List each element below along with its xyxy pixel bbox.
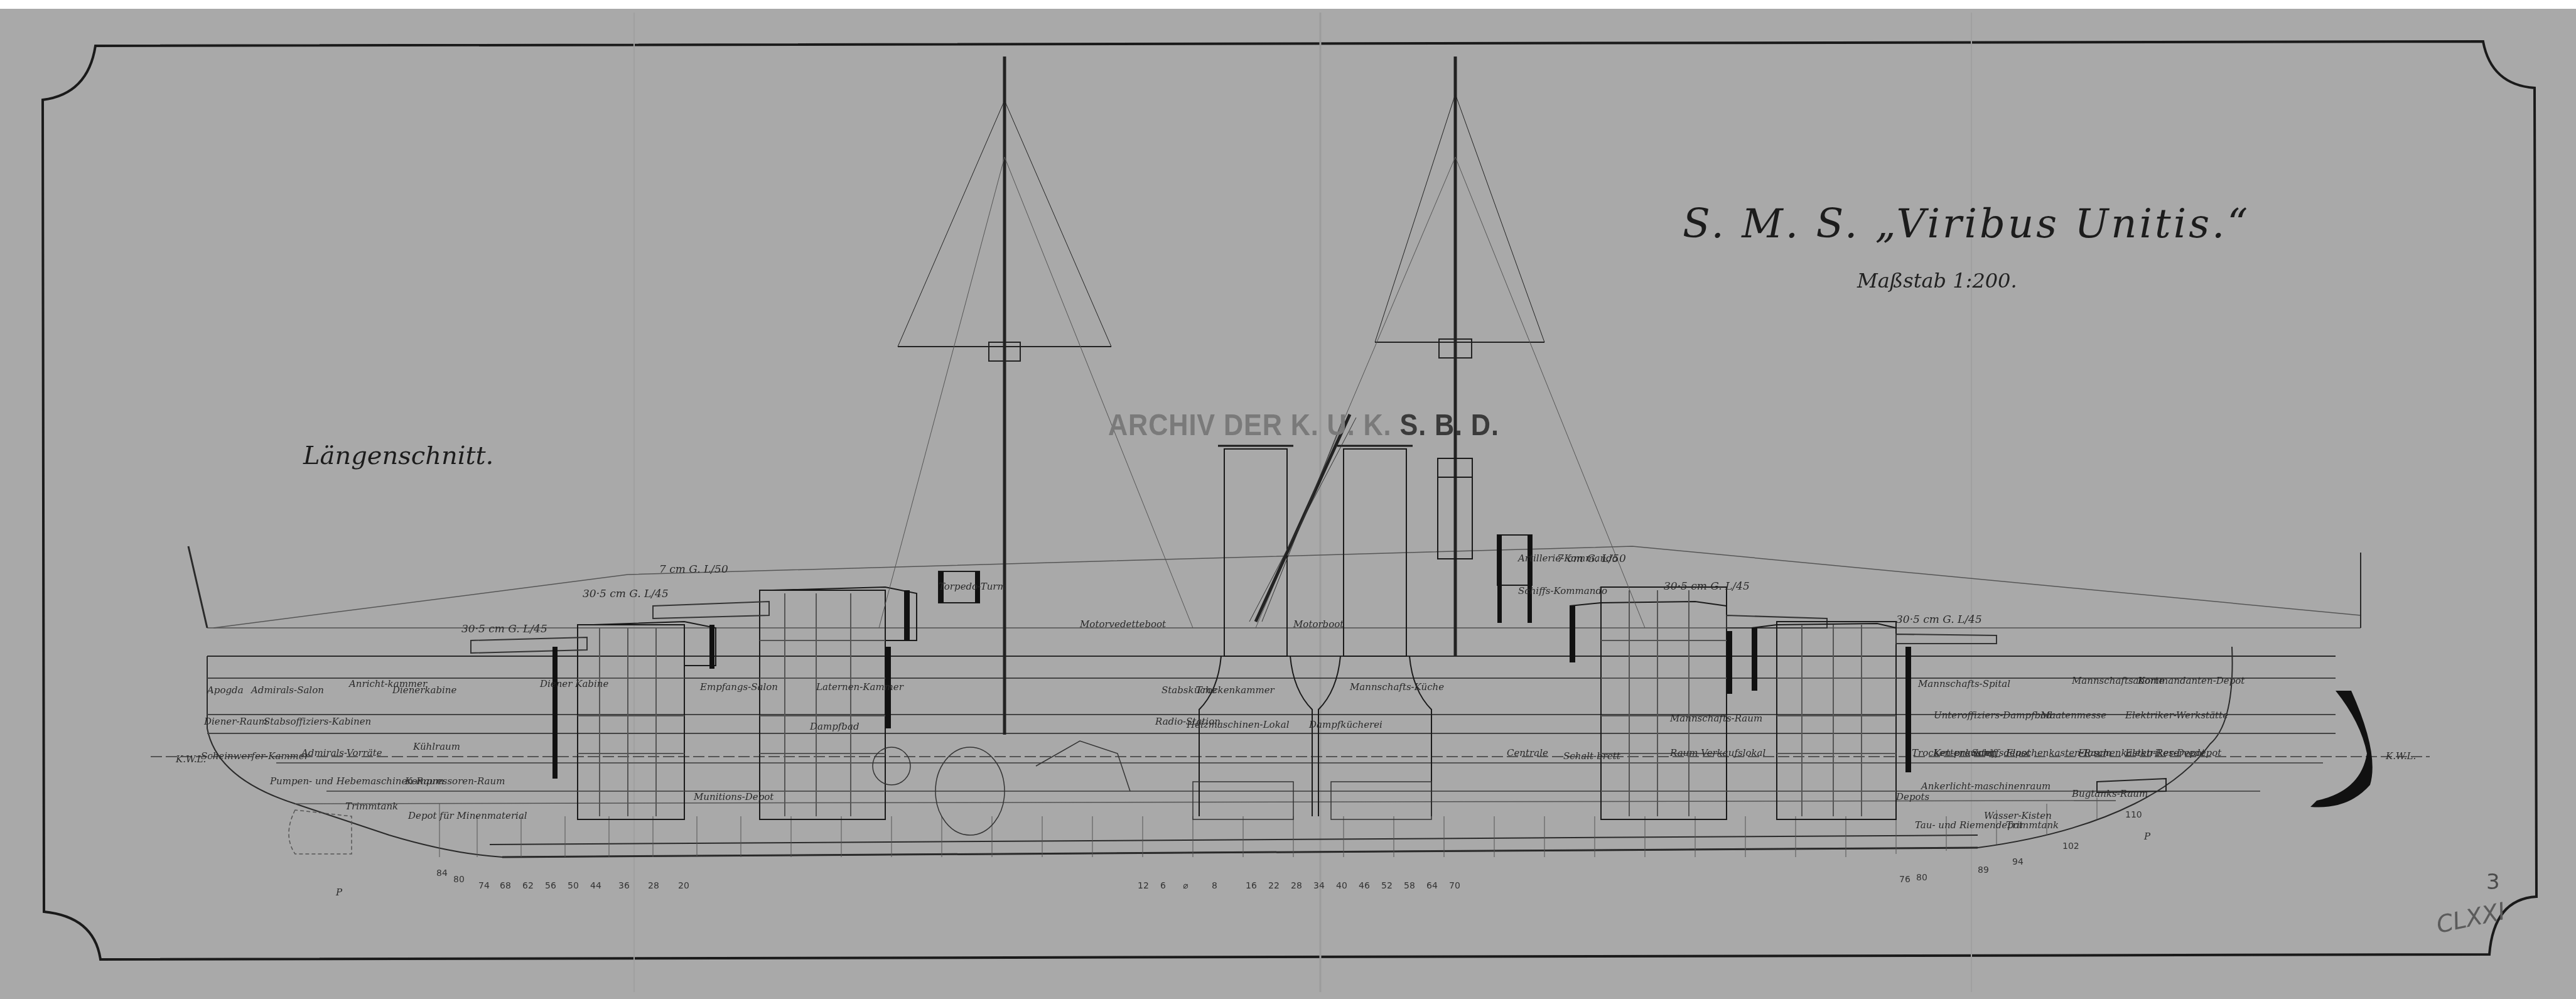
compartment-label: Trimmtank (2006, 819, 2059, 831)
archive-stamp-dark: S. B. D. (1399, 409, 1499, 442)
compartment-label: Centrale (1507, 747, 1548, 759)
frame-number: 20 (678, 881, 689, 891)
compartment-label: Diener Kabine (540, 678, 608, 689)
drawing-marker: K.W.L. (2386, 750, 2416, 762)
drawing-scale: Maßstab 1:200. (1857, 269, 2017, 293)
frame-number: 12 (1138, 881, 1149, 891)
frame-number: 44 (590, 881, 601, 891)
compartment-label: Dampfbad (810, 721, 860, 732)
turret-aft-2 (653, 587, 917, 819)
frame-number: 89 (1978, 865, 1989, 875)
frame-number: 68 (500, 881, 511, 891)
frame-number: 56 (545, 881, 556, 891)
compartment-label: Kühlraum (413, 741, 460, 752)
compartment-label: Motorboot (1293, 618, 1344, 630)
compartment-label: Munitions-Depot (694, 791, 773, 802)
compartment-label: Empfangs-Salon (700, 681, 778, 693)
drawing-title: S. M. S. „Viribus Unitis.“ (1683, 201, 2250, 247)
compartment-label: Maatenmesse (2040, 710, 2106, 721)
archive-stamp-light: ARCHIV DER K. U. K. (1108, 409, 1399, 442)
frame-number: 28 (1291, 881, 1302, 891)
compartment-label: Diener-Raum (204, 716, 267, 727)
drawing-marker: P (336, 887, 342, 898)
frame-number: 70 (1449, 881, 1460, 891)
compartment-label: Laternen-Kammer (816, 681, 903, 693)
drawing-marker: K.W.L. (176, 753, 206, 765)
compartment-label: Dienerkabine (392, 684, 456, 696)
compartment-label: Kompressoren-Raum (405, 775, 505, 787)
gun-label: 30·5 cm G. L/45 (1896, 613, 1982, 626)
compartment-label: Elektriker-Werkstätte (2125, 710, 2228, 721)
sheet-number: 3 (2486, 870, 2500, 895)
ship-section-drawing (0, 0, 2576, 999)
compartment-label: Apogda (207, 684, 244, 696)
frame-number: 40 (1336, 881, 1347, 891)
gun-label: 7 cm G. L/50 (659, 563, 728, 576)
gun-label: 30·5 cm G. L/45 (461, 623, 547, 635)
compartment-label: Heizmaschinen-Lokal (1187, 719, 1289, 730)
frame-number: 36 (618, 881, 630, 891)
funnels (1199, 446, 1431, 816)
turret-aft-1 (471, 622, 716, 819)
compartment-label: Stabsoffiziers-Kabinen (264, 716, 371, 727)
frame-number: 6 (1160, 881, 1166, 891)
archive-stamp: ARCHIV DER K. U. K. S. B. D. (1108, 408, 1499, 443)
compartment-label: Raum Verkaufslokal (1670, 747, 1765, 759)
compartment-label: Mannschafts-Küche (1350, 681, 1444, 693)
frame-number: 8 (1212, 881, 1217, 891)
frame-number: 34 (1313, 881, 1325, 891)
gun-label: 30·5 cm G. L/45 (583, 588, 669, 600)
compartment-label: Motorvedetteboot (1080, 618, 1166, 630)
frame-number: ⌀ (1183, 881, 1188, 891)
compartment-label: Admirals-Salon (251, 684, 324, 696)
frame-number: 80 (453, 875, 465, 885)
frame-number: 76 (1899, 875, 1910, 885)
frame-number: 28 (648, 881, 659, 891)
compartment-label: Depot für Minenmaterial (408, 810, 527, 821)
frame-number: 22 (1268, 881, 1280, 891)
compartment-label: Elektriker-Depot (2125, 747, 2205, 759)
compartment-label: Mannschafts-Spital (1918, 678, 2010, 689)
frame-number: 64 (1426, 881, 1438, 891)
compartment-label: Torpedo-Turm (939, 581, 1006, 592)
compartment-label: Ankerlicht-maschinenraum (1921, 780, 2051, 792)
compartment-label: Artillerie-Kommando (1518, 553, 1618, 564)
compartment-label: Scheinwerfer-Kammer (201, 750, 309, 762)
compartment-label: Schiffs-Kommando (1518, 585, 1607, 597)
frame-number: 58 (1404, 881, 1415, 891)
compartment-label: Trockenkammer (1196, 684, 1275, 696)
compartment-label: Kommandanten-Depot (2138, 675, 2245, 686)
frame-number: 50 (568, 881, 579, 891)
frame-number: 84 (436, 868, 448, 878)
masts (879, 57, 1645, 735)
frame-number: 94 (2012, 857, 2024, 867)
frame-number: 62 (522, 881, 534, 891)
view-label: Längenschnitt. (303, 441, 493, 470)
compartment-label: Trimmtank (345, 801, 398, 812)
compartment-label: Schalt-brett (1563, 750, 1620, 762)
frame-number: 52 (1381, 881, 1393, 891)
drawing-marker: P (2144, 831, 2150, 842)
frame-number: 46 (1359, 881, 1370, 891)
frame-number: 110 (2125, 810, 2142, 820)
compartment-label: Mannschafts-Raum (1670, 713, 1762, 724)
frame-number: 102 (2062, 841, 2079, 851)
compartment-label: Dampfkücherei (1309, 719, 1382, 730)
frame-number: 74 (478, 881, 490, 891)
compartment-label: Admirals-Vorräte (301, 747, 382, 759)
compartment-label: Unteroffiziers-Dampfbad (1934, 710, 2052, 721)
compartment-label: Trocken-proviant (1912, 747, 1994, 759)
gun-label: 30·5 cm G. L/45 (1664, 580, 1750, 593)
frame-number: 16 (1246, 881, 1257, 891)
compartment-label: Bugtanks-Raum (2072, 788, 2148, 799)
frame-number: 80 (1916, 873, 1927, 883)
compartment-label: Depots (1896, 791, 1929, 802)
